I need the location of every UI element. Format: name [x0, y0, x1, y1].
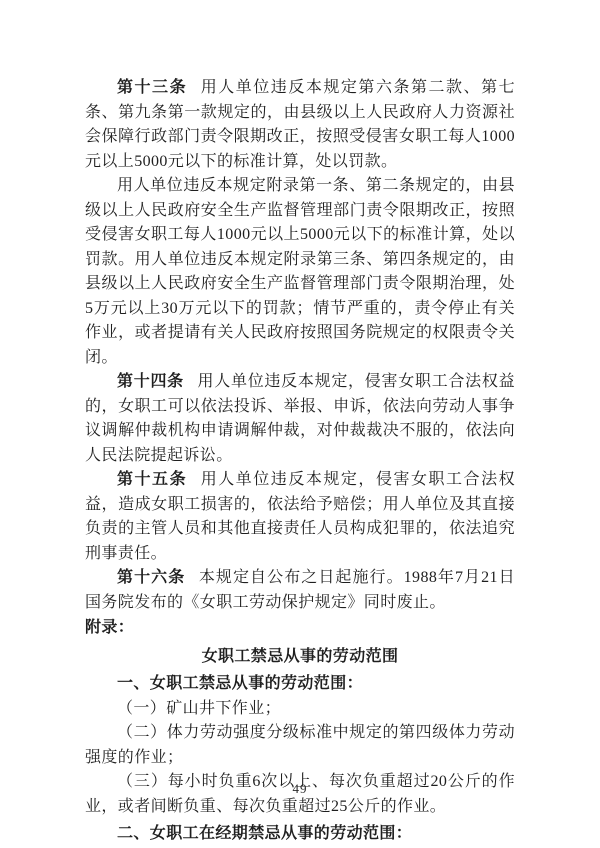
article-15-paragraph: 第十五条用人单位违反本规定，侵害女职工合法权益，造成女职工损害的，依法给予赔偿；… [85, 468, 515, 566]
article-16-paragraph: 第十六条本规定自公布之日起施行。1988年7月21日国务院发布的《女职工劳动保护… [85, 566, 515, 615]
appendix-label: 附录： [85, 616, 515, 641]
appendix-title: 女职工禁忌从事的劳动范围 [85, 645, 515, 670]
appendix-section-2-heading: 二、女职工在经期禁忌从事的劳动范围： [85, 822, 515, 847]
article-13-continuation-body: 用人单位违反本规定附录第一条、第二条规定的，由县级以上人民政府安全生产监督管理部… [85, 177, 515, 366]
page-number: 49 [0, 781, 600, 797]
appendix-section-1-item-1: （一）矿山井下作业； [85, 697, 515, 722]
appendix-section-1-item-2: （二）体力劳动强度分级标准中规定的第四级体力劳动强度的作业； [85, 721, 515, 770]
document-content: 第十三条用人单位违反本规定第六条第二款、第七条、第九条第一款规定的，由县级以上人… [85, 76, 515, 847]
document-page: 第十三条用人单位违反本规定第六条第二款、第七条、第九条第一款规定的，由县级以上人… [0, 0, 600, 848]
appendix-section-1-heading: 一、女职工禁忌从事的劳动范围： [85, 672, 515, 697]
article-13-continuation-paragraph: 用人单位违反本规定附录第一条、第二条规定的，由县级以上人民政府安全生产监督管理部… [85, 174, 515, 370]
article-14-term: 第十四条 [117, 373, 184, 390]
article-14-paragraph: 第十四条用人单位违反本规定，侵害女职工合法权益的，女职工可以依法投诉、举报、申诉… [85, 370, 515, 468]
article-13-term: 第十三条 [117, 79, 187, 96]
article-16-term: 第十六条 [117, 569, 185, 586]
article-13-paragraph: 第十三条用人单位违反本规定第六条第二款、第七条、第九条第一款规定的，由县级以上人… [85, 76, 515, 174]
article-15-term: 第十五条 [117, 471, 187, 488]
